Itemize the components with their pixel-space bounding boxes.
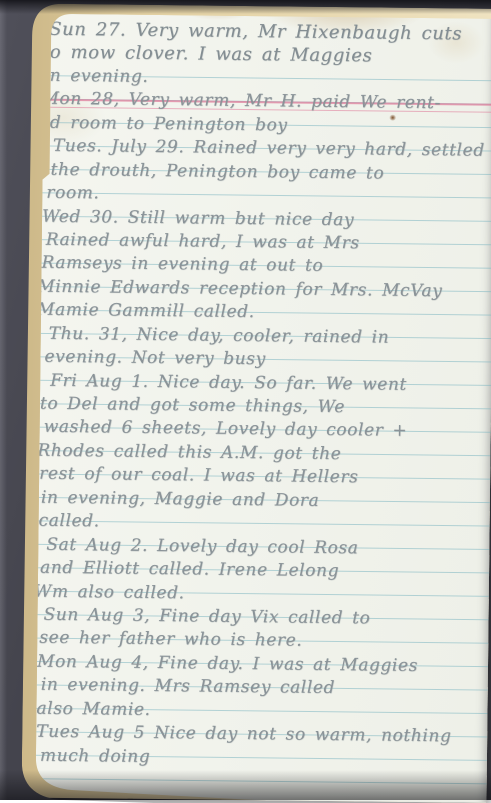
notebook: Sun 27. Very warm, Mr Hixenbaugh cutsto … xyxy=(0,0,491,800)
diary-text: Sun 27. Very warm, Mr Hixenbaugh cutsto … xyxy=(32,18,491,773)
diary-page: Sun 27. Very warm, Mr Hixenbaugh cutsto … xyxy=(0,0,491,800)
photo-background: Sun 27. Very warm, Mr Hixenbaugh cutsto … xyxy=(0,0,491,800)
